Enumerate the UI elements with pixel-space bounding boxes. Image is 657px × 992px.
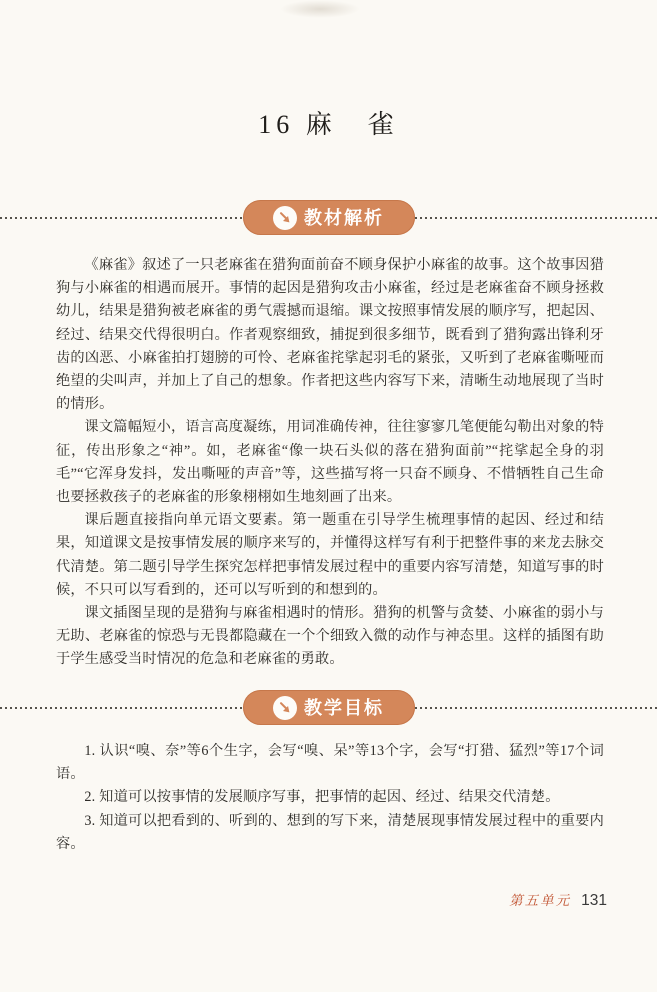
objectives-section-label: 教学目标	[304, 698, 384, 717]
analysis-section-badge: 教材解析	[243, 200, 415, 235]
analysis-paragraph: 《麻雀》叙述了一只老麻雀在猎狗面前奋不顾身保护小麻雀的故事。这个故事因猎狗与小麻…	[56, 254, 604, 416]
textbook-page: 16 麻 雀 教材解析 《麻雀》叙述了一只老麻雀在猎狗面前奋不顾身保护小麻雀的故…	[0, 0, 657, 992]
objective-item: 3. 知道可以把看到的、听到的、想到的写下来，清楚展现事情发展过程中的重要内容。	[56, 810, 604, 856]
analysis-paragraph: 课文篇幅短小，语言高度凝练，用词准确传神，往往寥寥几笔便能勾勒出对象的特征，传出…	[56, 416, 604, 509]
analysis-body: 《麻雀》叙述了一只老麻雀在猎狗面前奋不顾身保护小麻雀的故事。这个故事因猎狗与小麻…	[56, 254, 604, 672]
lesson-title: 16 麻 雀	[0, 104, 657, 141]
analysis-paragraph: 课后题直接指向单元语文要素。第一题重在引导学生梳理事情的起因、经过和结果，知道课…	[56, 509, 604, 602]
circle-down-arrow-icon	[273, 206, 297, 230]
objective-item: 1. 认识“嗅、奈”等6个生字，会写“嗅、呆”等13个字，会写“打猎、猛烈”等1…	[56, 740, 604, 786]
footer-page-number: 131	[581, 892, 607, 910]
section-header-analysis: 教材解析	[0, 200, 657, 236]
objectives-section-badge: 教学目标	[243, 690, 415, 725]
analysis-section-label: 教材解析	[304, 208, 384, 227]
scan-artifact	[280, 0, 360, 18]
circle-down-arrow-icon	[273, 696, 297, 720]
objective-item: 2. 知道可以按事情的发展顺序写事，把事情的起因、经过、结果交代清楚。	[56, 786, 604, 809]
page-footer: 第五单元 131	[509, 889, 607, 910]
analysis-paragraph: 课文插图呈现的是猎狗与麻雀相遇时的情形。猎狗的机警与贪婪、小麻雀的弱小与无助、老…	[56, 602, 604, 672]
objectives-body: 1. 认识“嗅、奈”等6个生字，会写“嗅、呆”等13个字，会写“打猎、猛烈”等1…	[56, 740, 604, 856]
footer-unit-label: 第五单元	[509, 889, 571, 909]
section-header-objectives: 教学目标	[0, 690, 657, 726]
